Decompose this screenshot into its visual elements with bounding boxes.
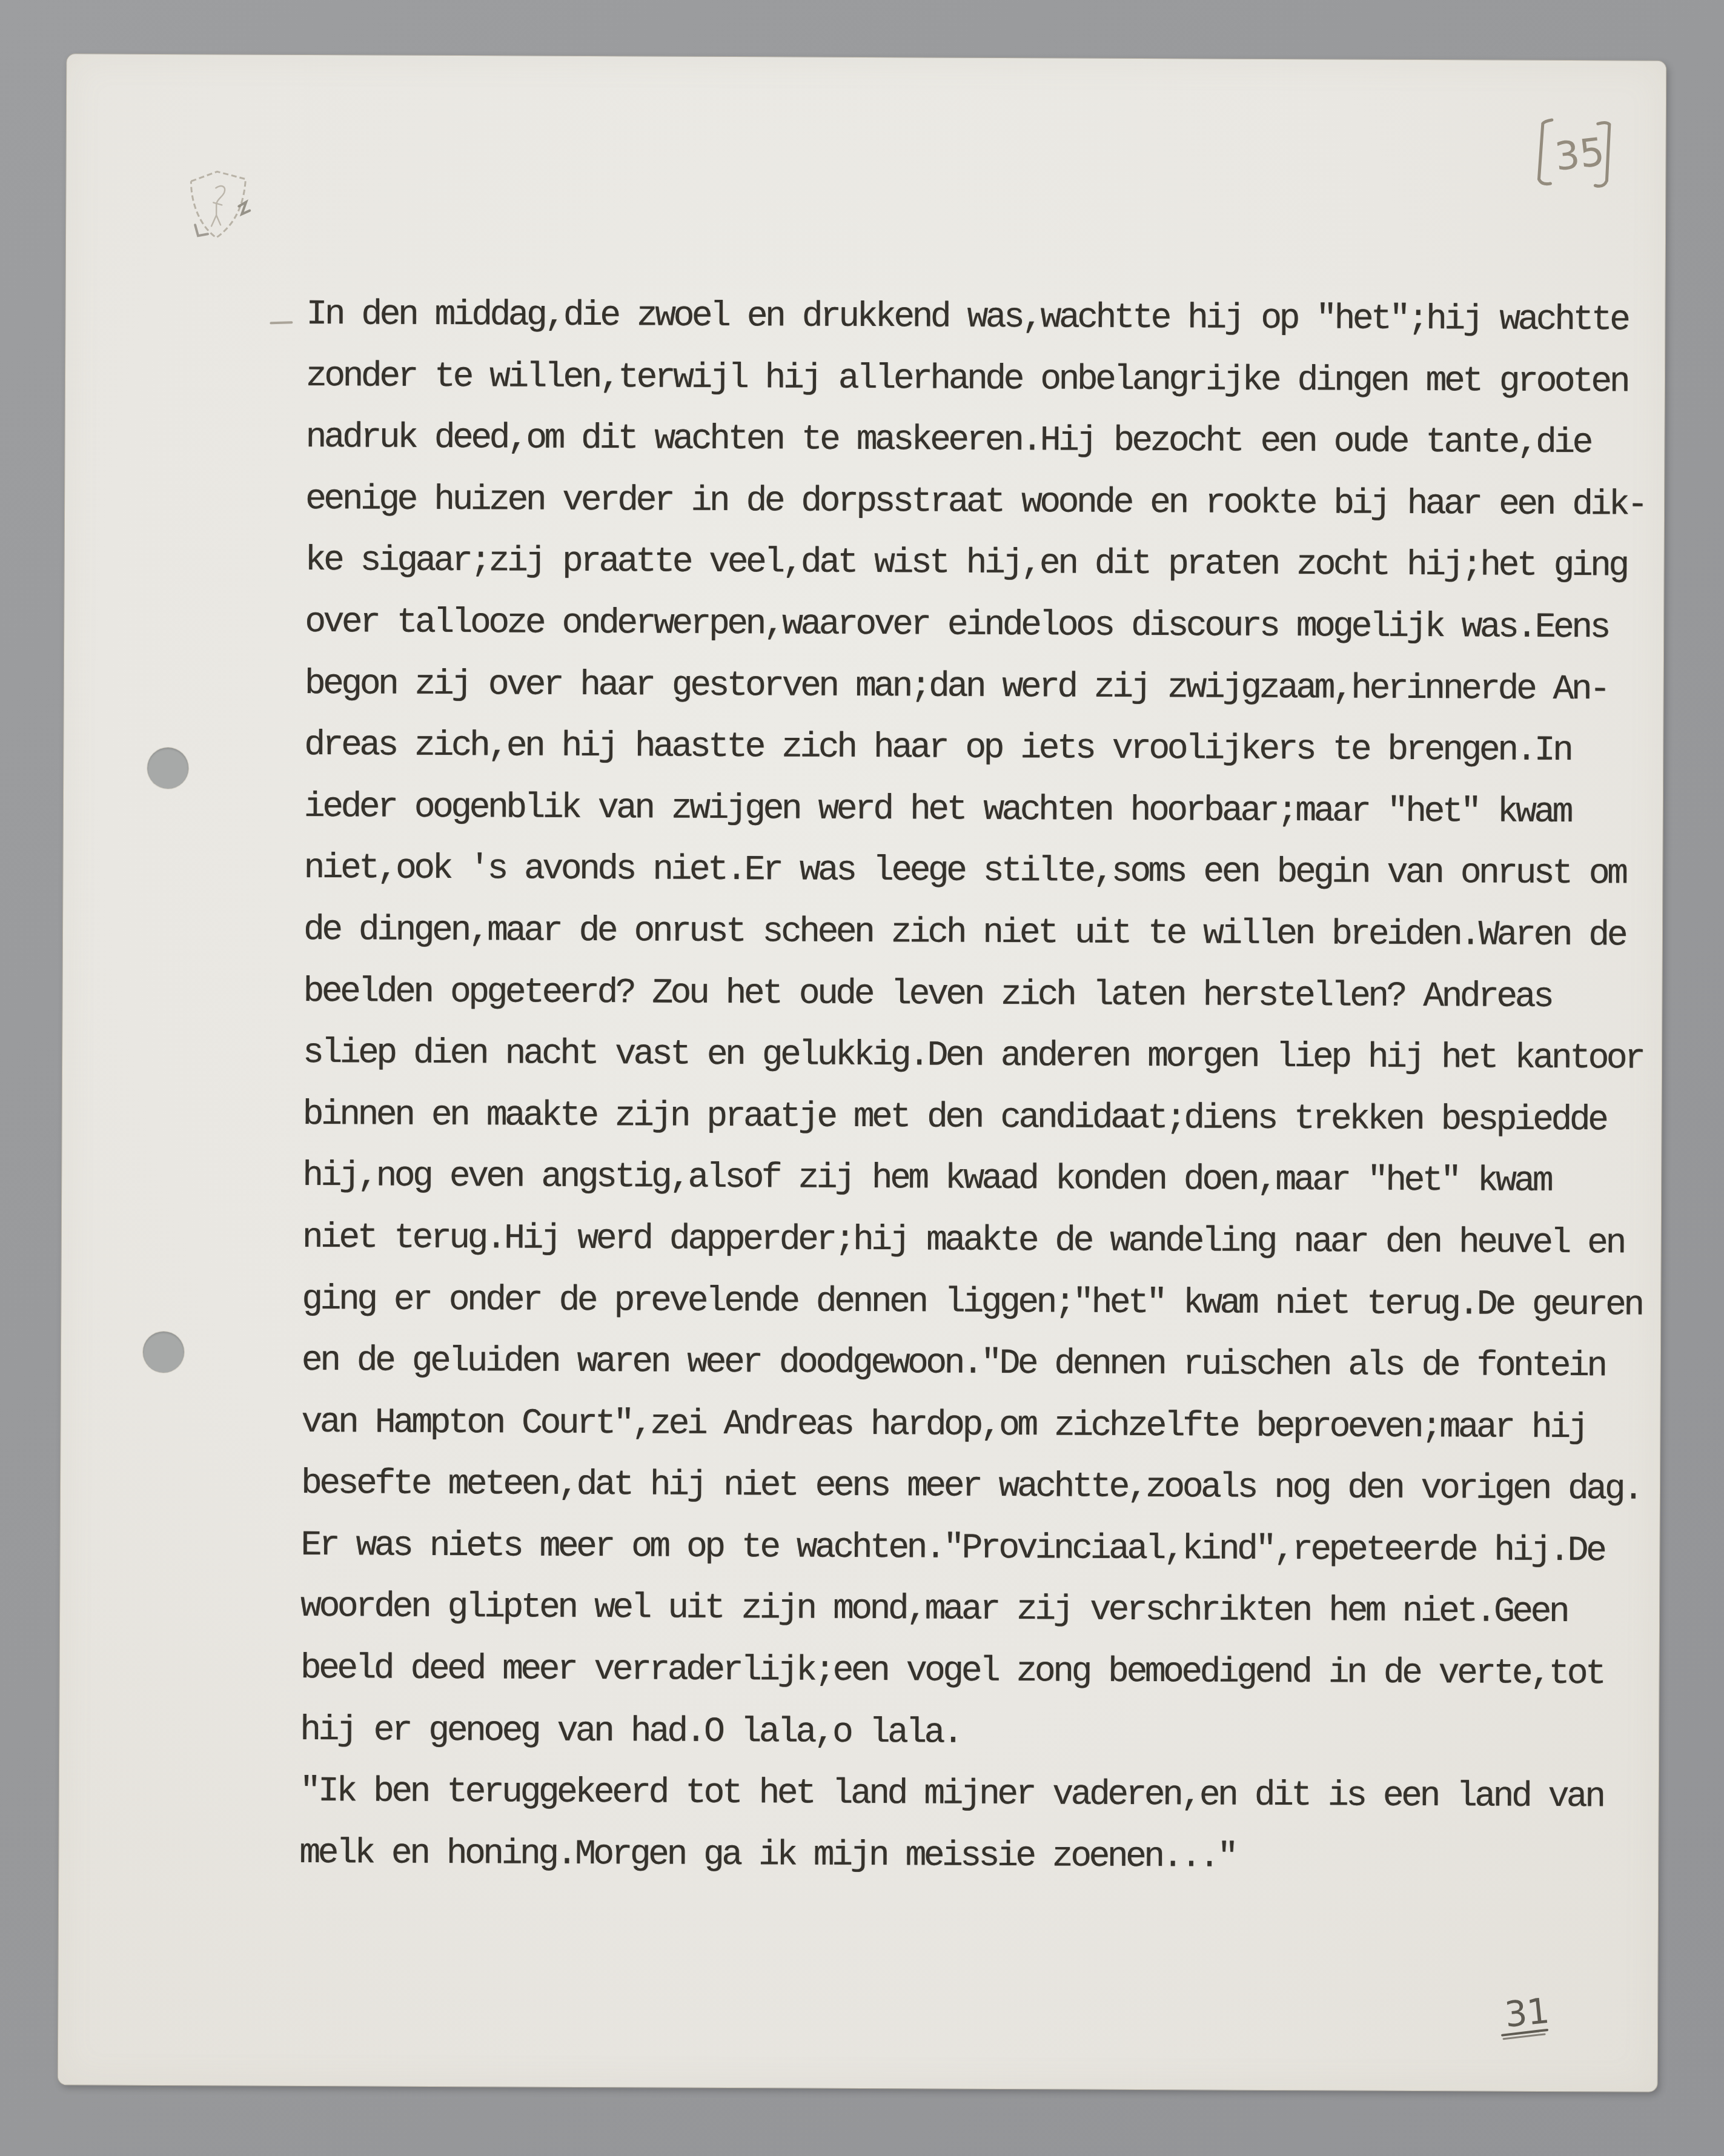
text-line: Er was niets meer om op te wachten."Prov…	[300, 1515, 1712, 1583]
pencil-dash-mark	[270, 321, 293, 324]
text-line: sliep dien nacht vast en gelukkig.Den an…	[303, 1023, 1714, 1090]
text-line: besefte meteen,dat hij niet eens meer wa…	[301, 1453, 1712, 1521]
text-line: beeld deed meer verraderlijk;een vogel z…	[300, 1638, 1711, 1706]
text-line: ieder oogenblik van zwijgen werd het wac…	[304, 777, 1716, 844]
text-line: en de geluiden waren weer doodgewoon."De…	[302, 1330, 1713, 1398]
text-line: de dingen,maar de onrust scheen zich nie…	[303, 900, 1715, 967]
text-line: woorden glipten wel uit zijn mond,maar z…	[300, 1576, 1712, 1644]
text-line: zonder te willen,terwijl hij allerhande …	[306, 346, 1717, 414]
text-line: binnen en maakte zijn praatje met den ca…	[302, 1084, 1714, 1152]
text-line: hij er genoeg van had.O lala,o lala.	[300, 1700, 1711, 1768]
scan-background: 35 In den middag,die zwoel en drukkend w…	[0, 0, 1724, 2156]
page-number-top-annotation: 35	[1520, 109, 1642, 207]
paper: 35 In den middag,die zwoel en drukkend w…	[58, 54, 1666, 2091]
text-line: niet terug.Hij werd dapperder;hij maakte…	[302, 1207, 1714, 1275]
typescript-text: In den middag,die zwoel en drukkend was,…	[299, 284, 1718, 1891]
punch-hole-top	[147, 748, 188, 789]
punch-hole-bottom	[143, 1332, 184, 1373]
page-number-top: 35	[1553, 130, 1607, 180]
shield-bird-stamp-icon	[185, 167, 253, 245]
text-line: eenige huizen verder in de dorpsstraat w…	[305, 469, 1717, 537]
text-line: van Hampton Court",zei Andreas hardop,om…	[301, 1392, 1712, 1460]
text-line: ging er onder de prevelende dennen ligge…	[302, 1269, 1713, 1336]
text-line: melk en honing.Morgen ga ik mijn meissie…	[299, 1823, 1711, 1891]
text-line: over tallooze onderwerpen,waarover einde…	[305, 592, 1716, 660]
text-line: begon zij over haar gestorven man;dan we…	[305, 654, 1716, 721]
text-line: beelden opgeteerd? Zou het oude leven zi…	[303, 961, 1714, 1029]
page-number-bottom-annotation: 31	[1494, 1987, 1573, 2054]
page-number-bottom: 31	[1503, 1990, 1551, 2035]
text-line: ke sigaar;zij praatte veel,dat wist hij,…	[305, 530, 1716, 598]
text-line: nadruk deed,om dit wachten te maskeeren.…	[305, 407, 1717, 475]
text-line: hij,nog even angstig,alsof zij hem kwaad…	[302, 1146, 1714, 1213]
text-line: "Ik ben teruggekeerd tot het land mijner…	[300, 1761, 1711, 1829]
text-line: In den middag,die zwoel en drukkend was,…	[306, 284, 1717, 352]
text-line: niet,ook 's avonds niet.Er was leege sti…	[303, 838, 1715, 906]
text-line: dreas zich,en hij haastte zich haar op i…	[304, 715, 1716, 783]
